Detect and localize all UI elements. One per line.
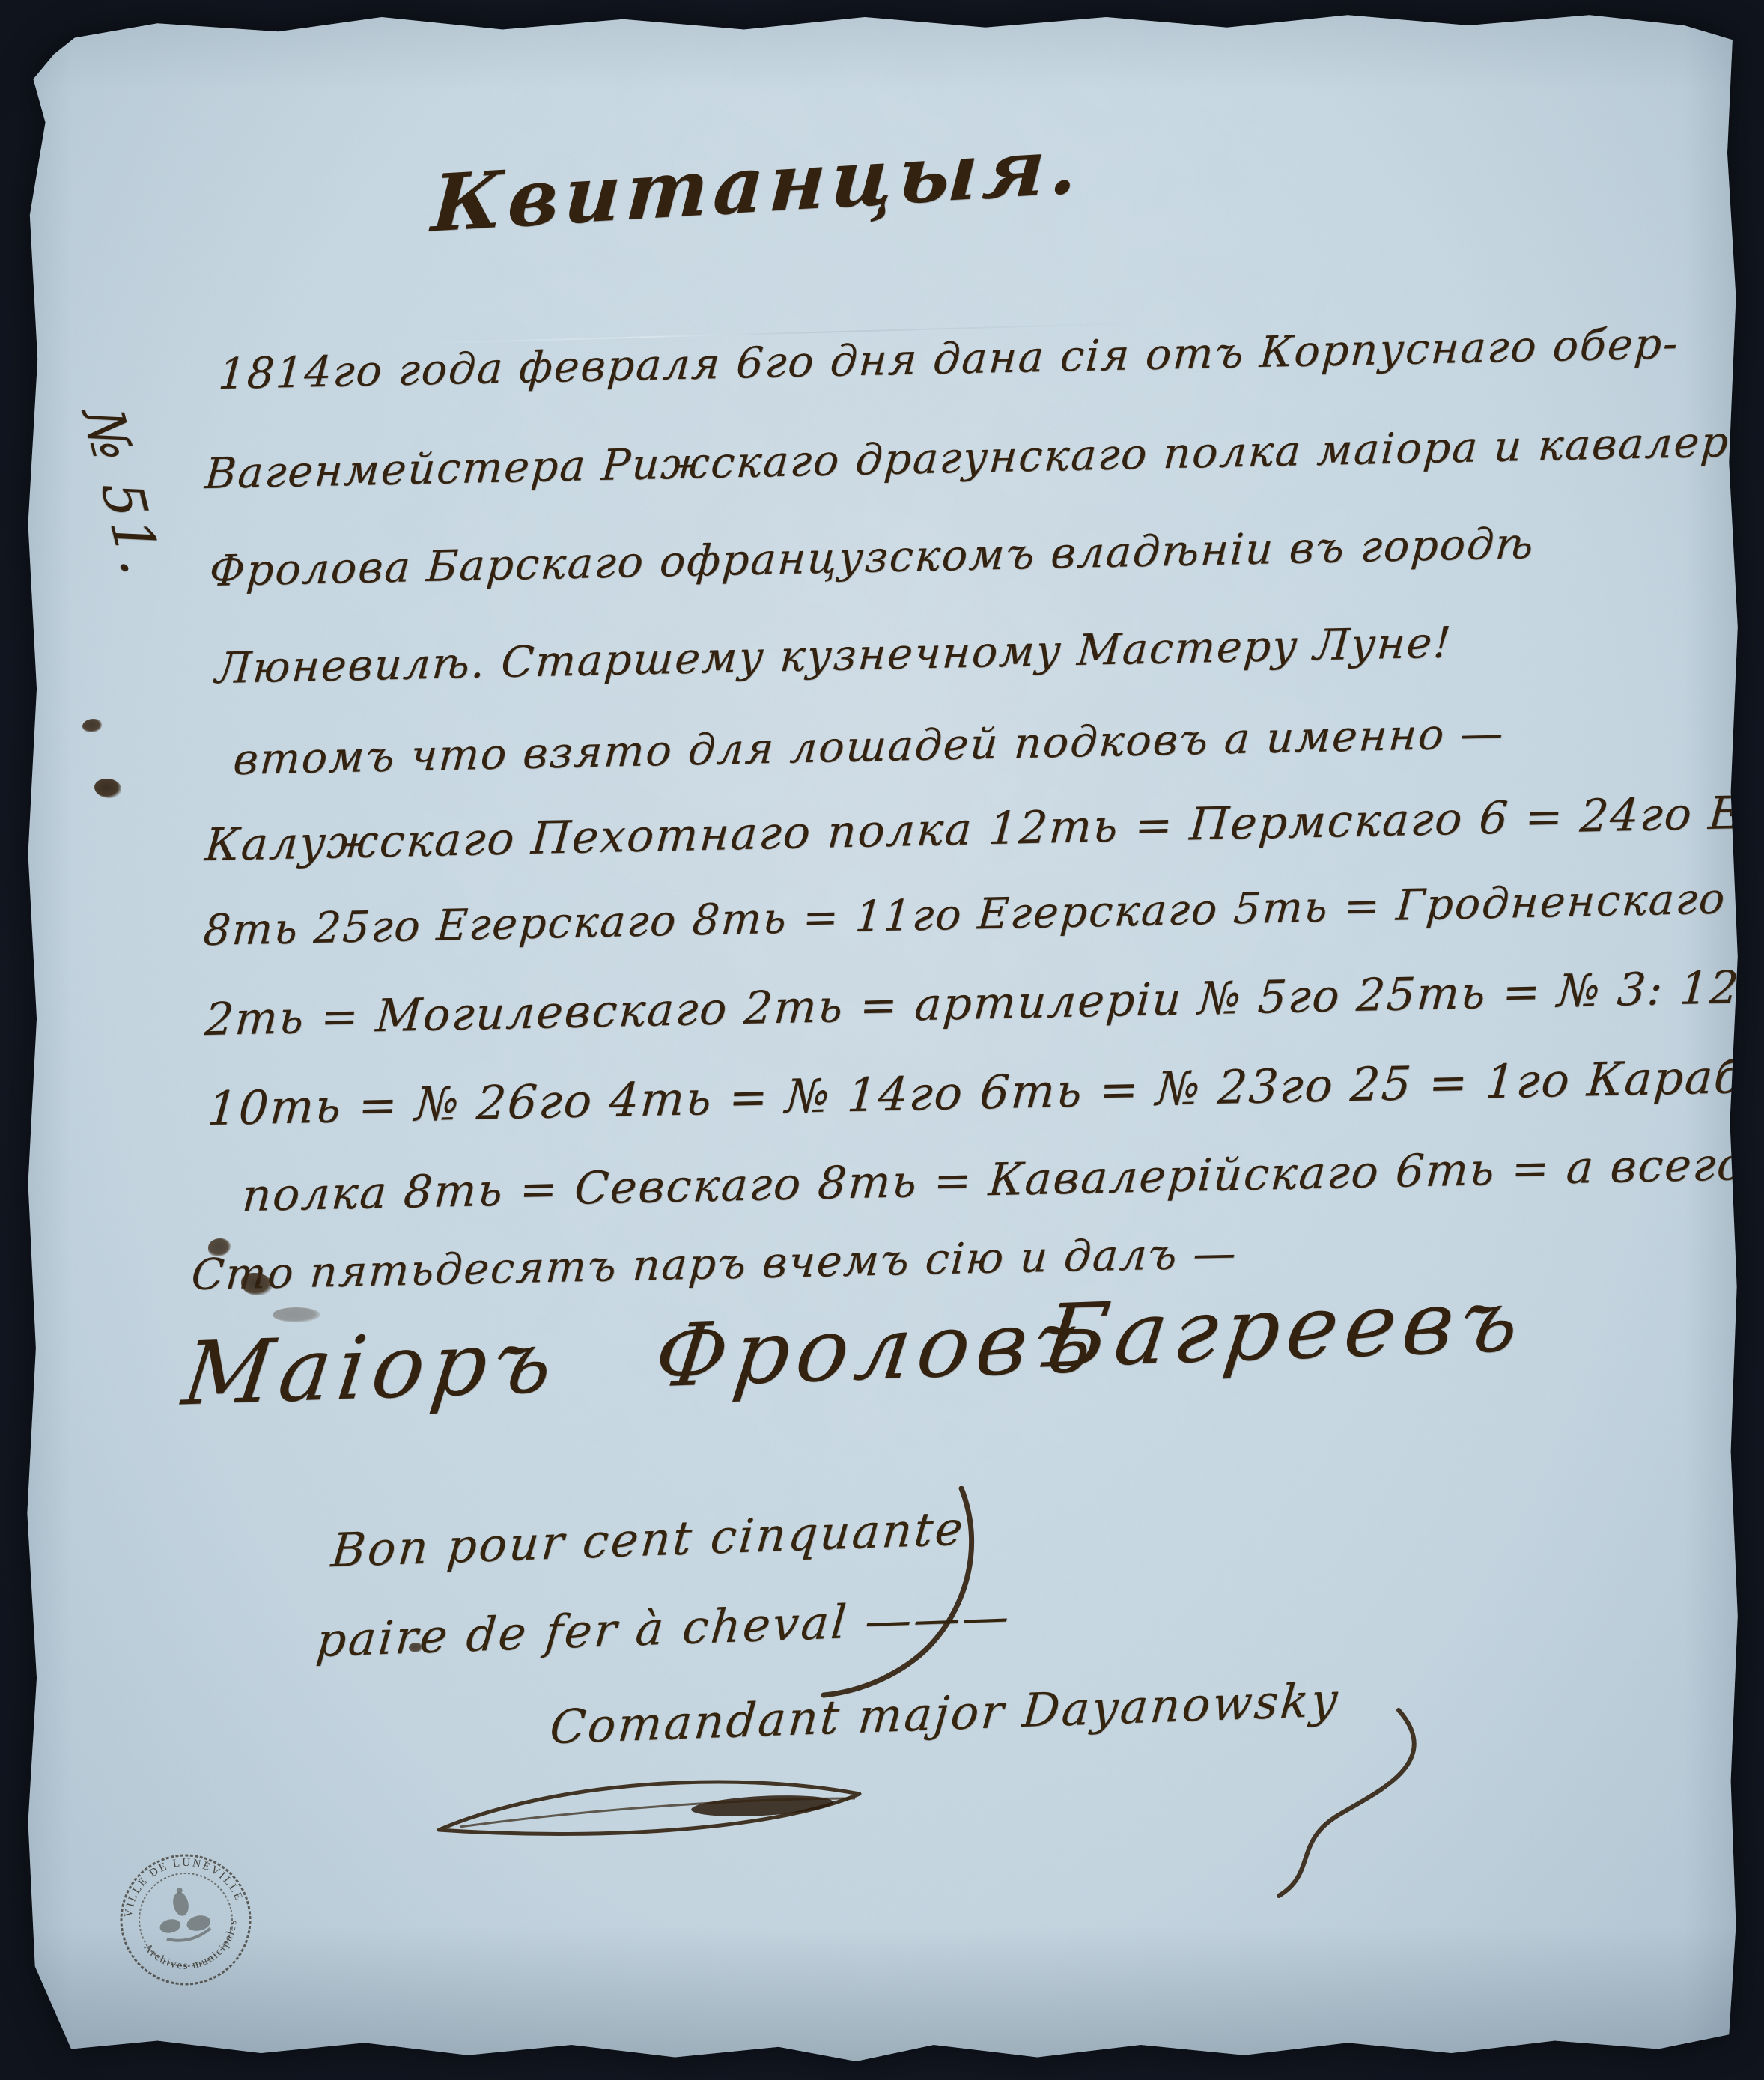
ink-blot <box>273 1307 320 1322</box>
signature-paraph-curve <box>791 1477 1000 1716</box>
signature-rank: Маіоръ <box>177 1311 565 1426</box>
margin-number-note: № 51. <box>69 404 175 581</box>
body-line-8: 2ть = Могилевскаго 2ть = артилеріи № 5го… <box>203 957 1764 1046</box>
paper-sheet-wrap: № 51. Квитанцыя. 1814го года февраля 6го… <box>19 9 1745 2070</box>
body-line-10: полка 8ть = Севскаго 8ть = Кавалерійскаг… <box>240 1137 1764 1222</box>
body-line-2: Вагенмейстера Рижскаго драгунскаго полка… <box>204 416 1764 499</box>
body-line-1: 1814го года февраля 6го дня дана сія отъ… <box>217 319 1681 399</box>
ink-blot <box>94 779 121 798</box>
stamp-coat-of-arms <box>153 1882 213 1944</box>
body-line-6: Калужскаго Пехотнаго полка 12ть = Пермск… <box>203 782 1764 872</box>
body-line-4: Люневилѣ. Старшему кузнечному Мастеру Лу… <box>214 618 1454 693</box>
archive-stamp: VILLE DE LUNÉVILLE Archives municipales <box>104 1838 267 2001</box>
ink-blot <box>82 719 102 732</box>
body-line-5: втомъ что взято для лошадей подковъ а им… <box>232 708 1506 785</box>
document-title: Квитанцыя. <box>429 118 1085 249</box>
ink-blot <box>409 1643 422 1652</box>
scan-background: № 51. Квитанцыя. 1814го года февраля 6го… <box>0 0 1764 2080</box>
body-line-7: 8ть 25го Егерскаго 8ть = 11го Егерскаго … <box>202 869 1764 955</box>
paper-sheet: № 51. Квитанцыя. 1814го года февраля 6го… <box>19 9 1745 2070</box>
paraph-flourish <box>304 1694 1472 1918</box>
signature-frolov: Фроловъ <box>649 1290 1104 1407</box>
body-line-9: 10ть = № 26го 4ть = № 14го 6ть = № 23го … <box>206 1044 1764 1136</box>
body-line-3: Фролова Барскаго офранцузскомъ владѣніи … <box>208 519 1536 596</box>
manuscript-content: № 51. Квитанцыя. 1814го года февраля 6го… <box>19 9 1745 2070</box>
signature-bagreev: Багреевъ <box>1038 1270 1531 1388</box>
